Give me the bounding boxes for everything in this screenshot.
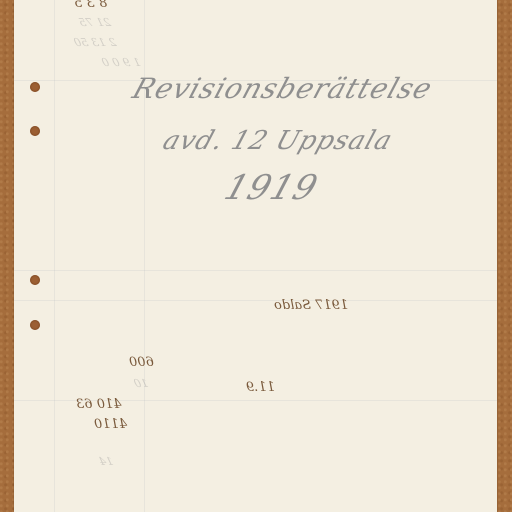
- punch-hole: [30, 126, 40, 136]
- punch-hole: [30, 275, 40, 285]
- bleed-number: 600: [129, 355, 154, 370]
- bleed-number: 4110: [94, 417, 127, 432]
- bleed-number: 8 3 5: [74, 0, 107, 11]
- title-line-3: 1919: [220, 168, 324, 208]
- bleed-number: 11.9: [246, 380, 275, 395]
- bleed-number: 14: [97, 455, 114, 468]
- ruled-line: [14, 270, 497, 271]
- bleed-heading: 1917 Saldo: [274, 298, 348, 313]
- title-line-2: avd. 12 Uppsala: [159, 126, 396, 156]
- bleed-number: 2 13 50: [72, 36, 117, 49]
- document-page: 8 3 5 21 75 2 13 50 1 9 0 0 Revisionsber…: [14, 0, 497, 512]
- bleed-number: 410 63: [76, 397, 122, 412]
- title-line-1: Revisionsberättelse: [129, 72, 437, 105]
- bleed-number: 21 75: [77, 16, 112, 29]
- ruled-line: [14, 300, 497, 301]
- punch-hole: [30, 82, 40, 92]
- punch-hole: [30, 320, 40, 330]
- bleed-number: 10: [132, 377, 149, 390]
- ruled-column: [54, 0, 55, 512]
- bleed-number: 1 9 0 0: [100, 56, 142, 69]
